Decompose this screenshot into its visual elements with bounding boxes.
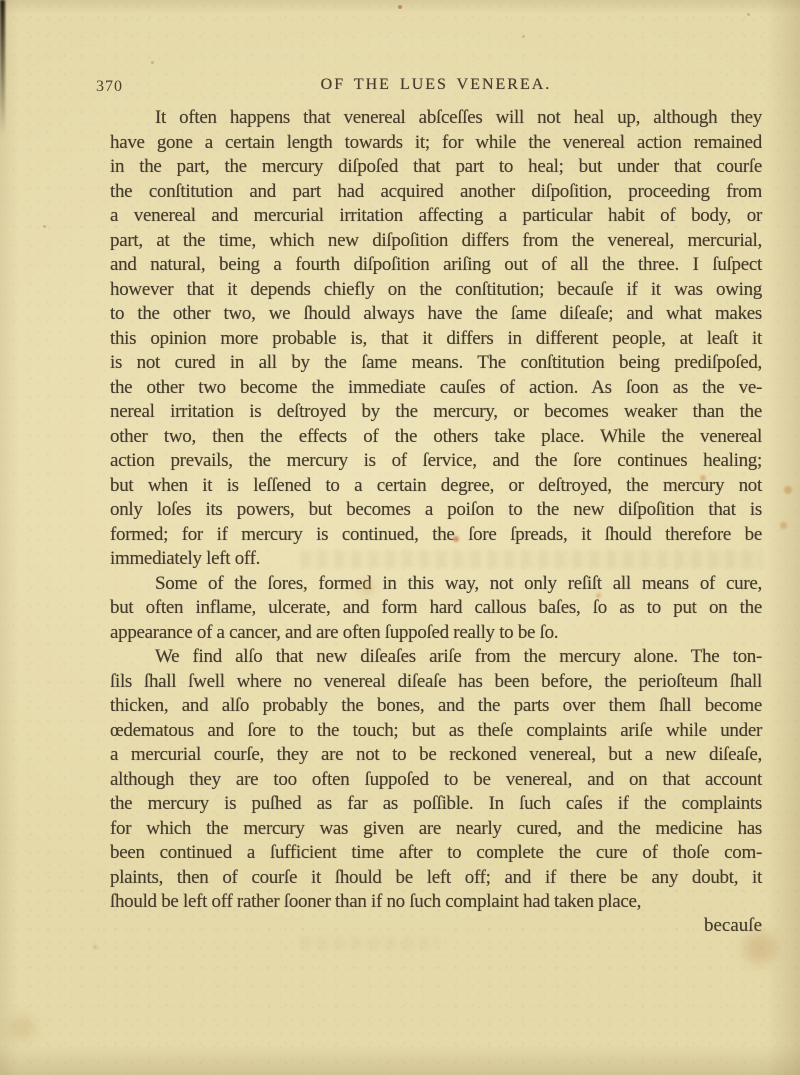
page-header: 370 OF THE LUES VENEREA. bbox=[110, 76, 762, 100]
text-line: a mercurial courſe, they are not to be r… bbox=[110, 743, 762, 768]
ink-bleedthrough bbox=[300, 937, 440, 950]
text-line: however that it depends chiefly on the c… bbox=[110, 278, 762, 303]
text-line: a venereal and mercurial irritation affe… bbox=[110, 204, 762, 229]
text-line: in the part, the mercury diſpoſed that p… bbox=[110, 155, 762, 180]
running-title: OF THE LUES VENEREA. bbox=[110, 76, 762, 94]
text-line: immediately left off. bbox=[110, 547, 762, 572]
text-line: formed; for if mercury is continued, the… bbox=[110, 523, 762, 548]
text-line: but when it is leſſened to a certain deg… bbox=[110, 474, 762, 499]
text-line: part, at the time, which new diſpoſition… bbox=[110, 229, 762, 254]
text-line: We find alſo that new diſeaſes ariſe fro… bbox=[110, 645, 762, 670]
foxing-spot bbox=[9, 1015, 35, 1041]
text-line: been continued a ſufficient time after t… bbox=[110, 841, 762, 866]
foxing-spot bbox=[398, 5, 402, 9]
foxing-spot bbox=[780, 522, 787, 529]
text-line: although they are too often ſuppoſed to … bbox=[110, 768, 762, 793]
page-number: 370 bbox=[96, 78, 123, 96]
text-line: only loſes its powers, but becomes a poi… bbox=[110, 498, 762, 523]
foxing-spot bbox=[43, 225, 46, 228]
scan-edge-artifact bbox=[0, 0, 5, 135]
text-line: the other two become the immediate cauſe… bbox=[110, 376, 762, 401]
text-line: for which the mercury was given are near… bbox=[110, 817, 762, 842]
text-line: to the other two, we ſhould always have … bbox=[110, 302, 762, 327]
book-page: 370 OF THE LUES VENEREA. It often happen… bbox=[0, 0, 800, 1075]
foxing-spot bbox=[522, 35, 525, 38]
text-line: œdematous and ſore to the touch; but as … bbox=[110, 719, 762, 744]
text-line: this opinion more probable is, that it d… bbox=[110, 327, 762, 352]
text-line: ſils ſhall ſwell where no venereal diſea… bbox=[110, 670, 762, 695]
text-line: ſhould be left off rather ſooner than if… bbox=[110, 890, 762, 915]
foxing-spot bbox=[93, 945, 97, 949]
text-line: plaints, then of courſe it ſhould be lef… bbox=[110, 866, 762, 891]
text-line: action prevails, the mercury is of ſervi… bbox=[110, 449, 762, 474]
foxing-spot bbox=[151, 61, 154, 64]
text-line: the mercury is puſhed as far as poſſible… bbox=[110, 792, 762, 817]
text-line: thicken, and alſo probably the bones, an… bbox=[110, 694, 762, 719]
foxing-spot bbox=[784, 486, 792, 494]
foxing-spot bbox=[747, 13, 750, 16]
text-line: is not cured in all by the ſame means. T… bbox=[110, 351, 762, 376]
text-line: but often inflame, ulcerate, and form ha… bbox=[110, 596, 762, 621]
catchword: becauſe bbox=[704, 915, 762, 936]
catchword-row: becauſe bbox=[110, 914, 762, 939]
page-text: It often happens that venereal abſceſſes… bbox=[110, 106, 762, 915]
text-line: Some of the ſores, formed in this way, n… bbox=[110, 572, 762, 597]
text-line: nereal irritation is deſtroyed by the me… bbox=[110, 400, 762, 425]
text-line: appearance of a cancer, and are often ſu… bbox=[110, 621, 762, 646]
text-line: and natural, being a fourth diſpoſition … bbox=[110, 253, 762, 278]
text-line: It often happens that venereal abſceſſes… bbox=[110, 106, 762, 131]
text-line: the conſtitution and part had acquired a… bbox=[110, 180, 762, 205]
text-line: have gone a certain length towards it; f… bbox=[110, 131, 762, 156]
text-line: other two, then the effects of the other… bbox=[110, 425, 762, 450]
